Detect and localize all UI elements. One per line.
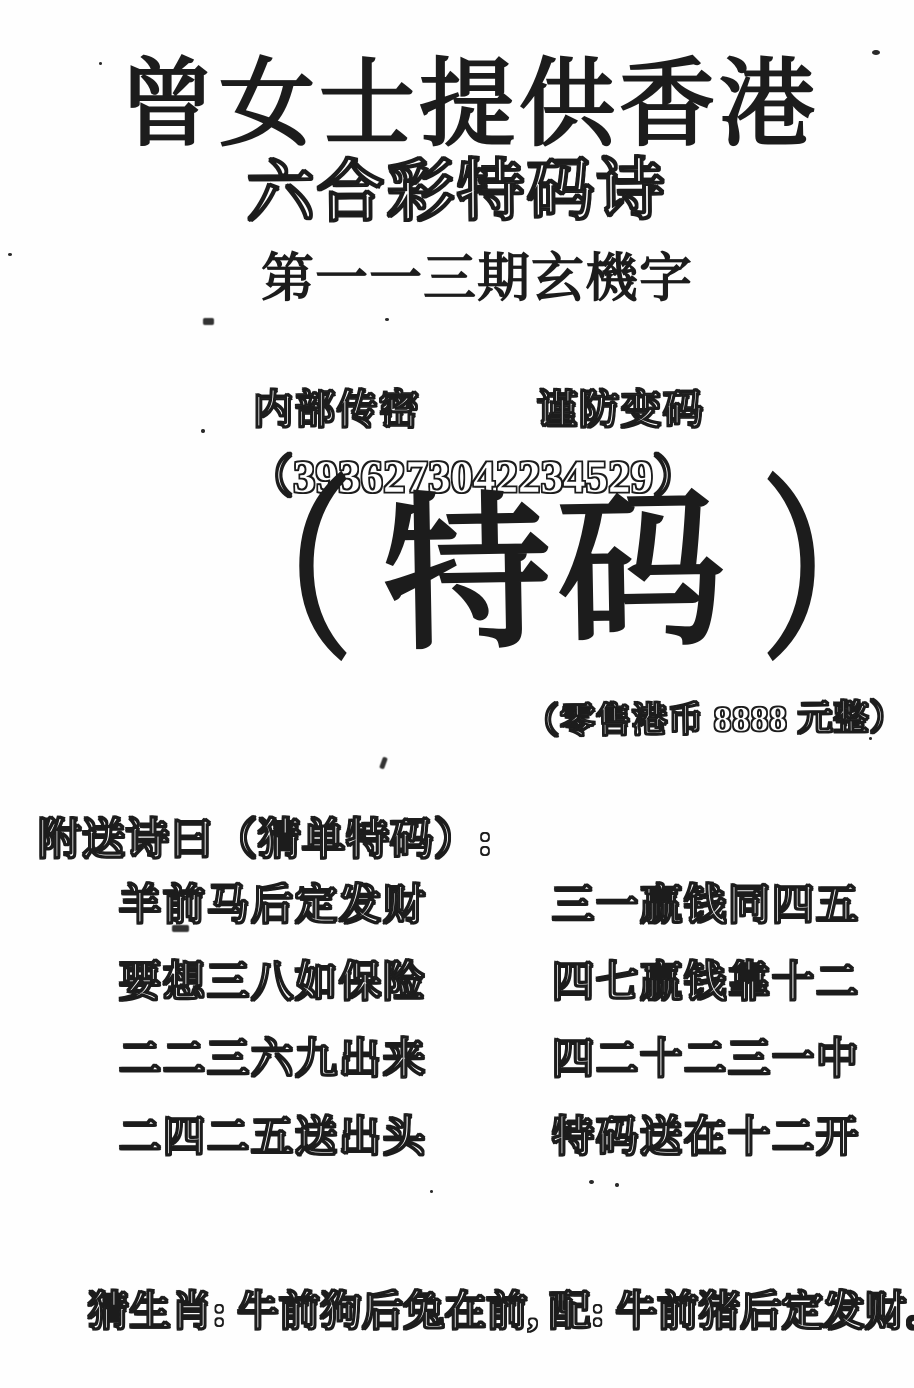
poem-line-left-4: 二四二五送出头 (119, 1104, 427, 1164)
notice-warning-label: 谨防变码 (537, 378, 705, 435)
poem-line-left-3: 二二三六九出来 (119, 1026, 427, 1086)
scan-speck (201, 429, 205, 433)
poem-intro: 附送诗曰（猜单特码）: (38, 806, 493, 867)
notice-inner-label: 内部传密 (253, 378, 421, 435)
price-note: （零售港币 8888 元整） (524, 690, 906, 744)
poem-line-right-1: 三一赢钱同四五 (552, 872, 860, 932)
scan-speck (872, 50, 880, 55)
poem-line-left-1: 羊前马后定发财 (119, 872, 427, 932)
scan-speck (8, 253, 12, 256)
special-code-banner: （ 特码 ） (182, 470, 914, 680)
open-paren: （ (206, 470, 352, 680)
scan-speck (430, 1190, 433, 1193)
notice-row: 内部传密 谨防变码 (253, 378, 705, 435)
poem-line-right-3: 四二十二三一中 (552, 1026, 860, 1086)
ink-smudge (203, 318, 214, 325)
scanned-lottery-sheet: 曾女士提供香港 六合彩特码诗 第一一三期玄機字 内部传密 谨防变码 （39362… (0, 0, 914, 1388)
scan-speck (589, 1180, 594, 1184)
scan-speck (869, 737, 872, 740)
close-paren: ） (761, 470, 907, 680)
subtitle: 六合彩特码诗 (0, 135, 914, 237)
scan-speck (99, 62, 102, 65)
ink-smudge (379, 757, 388, 770)
zodiac-hint: 猜生肖: 牛前狗后兔在前, 配: 牛前猪后定发财。 (88, 1278, 914, 1337)
special-code-text: 特码 (381, 472, 732, 678)
scan-speck (615, 1183, 619, 1187)
poem-line-left-2: 要想三八如保险 (119, 949, 427, 1009)
poem-line-right-2: 四七赢钱靠十二 (552, 949, 860, 1009)
ink-smudge (172, 925, 189, 932)
poem-line-right-4: 特码送在十二开 (552, 1104, 860, 1164)
scan-speck (385, 318, 389, 321)
issue-heading: 第一一三期玄機字 (0, 236, 914, 312)
